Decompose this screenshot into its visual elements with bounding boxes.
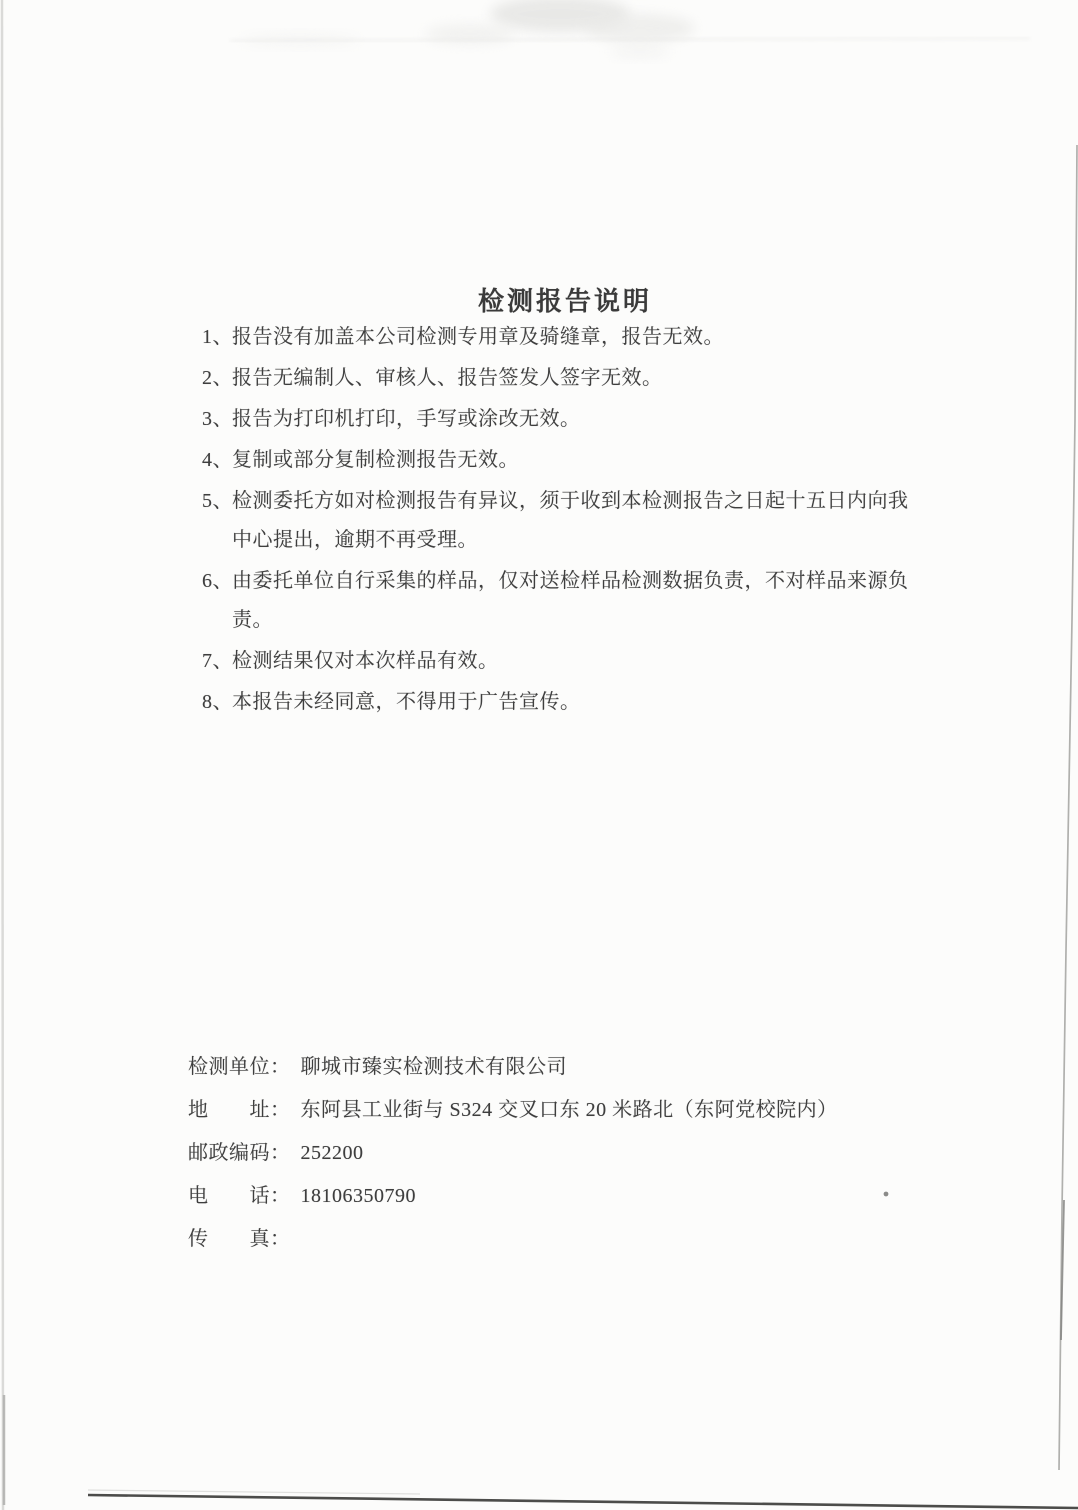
contact-label: 传 真： — [188, 1218, 291, 1261]
scan-smudge — [240, 0, 695, 58]
page-bottom-edge-line — [88, 1495, 1078, 1508]
contact-value: 252200 — [301, 1132, 364, 1175]
contact-block: 检测单位： 聊城市臻实检测技术有限公司 地 址： 东阿县工业街与 S324 交叉… — [188, 1046, 838, 1261]
note-number: 2、 — [202, 359, 232, 398]
note-item-3: 3、 报告为打印机打印，手写或涂改无效。 — [202, 400, 928, 439]
note-text: 由委托单位自行采集的样品，仅对送检样品检测数据负责，不对样品来源负责。 — [232, 562, 920, 640]
scan-streak — [230, 38, 1030, 41]
note-item-4: 4、 复制或部分复制检测报告无效。 — [202, 441, 928, 480]
contact-row-unit: 检测单位： 聊城市臻实检测技术有限公司 — [188, 1046, 838, 1089]
note-number: 6、 — [202, 562, 232, 601]
page-right-edge-line — [1059, 145, 1077, 1470]
page-left-edge-line — [2, 0, 3, 1510]
contact-row-phone: 电 话： 18106350790 — [188, 1175, 838, 1218]
contact-label: 邮政编码： — [188, 1132, 291, 1175]
note-text: 本报告未经同意，不得用于广告宣传。 — [232, 683, 920, 722]
contact-value: 聊城市臻实检测技术有限公司 — [301, 1046, 568, 1089]
scanned-report-page: 检测报告说明 1、 报告没有加盖本公司检测专用章及骑缝章，报告无效。 2、 报告… — [0, 0, 1078, 1510]
note-item-6: 6、 由委托单位自行采集的样品，仅对送检样品检测数据负责，不对样品来源负责。 — [202, 562, 928, 640]
contact-value: 东阿县工业街与 S324 交叉口东 20 米路北（东阿党校院内） — [301, 1089, 838, 1132]
notes-list: 1、 报告没有加盖本公司检测专用章及骑缝章，报告无效。 2、 报告无编制人、审核… — [202, 318, 928, 724]
note-item-2: 2、 报告无编制人、审核人、报告签发人签字无效。 — [202, 359, 928, 398]
scan-artifacts — [0, 0, 1078, 1510]
contact-row-fax: 传 真： — [188, 1218, 838, 1261]
contact-row-address: 地 址： 东阿县工业街与 S324 交叉口东 20 米路北（东阿党校院内） — [188, 1089, 838, 1132]
note-number: 3、 — [202, 400, 232, 439]
contact-label: 电 话： — [188, 1175, 291, 1218]
note-text: 检测委托方如对检测报告有异议，须于收到本检测报告之日起十五日内向我中心提出，逾期… — [232, 482, 920, 560]
page-title: 检测报告说明 — [0, 281, 1078, 318]
note-text: 报告为打印机打印，手写或涂改无效。 — [232, 400, 920, 439]
contact-value: 18106350790 — [301, 1175, 417, 1218]
page-bottom-edge-echo — [88, 1490, 420, 1494]
ink-speck — [884, 1192, 889, 1197]
note-item-8: 8、 本报告未经同意，不得用于广告宣传。 — [202, 683, 928, 722]
note-number: 7、 — [202, 642, 232, 681]
note-item-5: 5、 检测委托方如对检测报告有异议，须于收到本检测报告之日起十五日内向我中心提出… — [202, 482, 928, 560]
note-text: 报告没有加盖本公司检测专用章及骑缝章，报告无效。 — [232, 318, 920, 357]
contact-label: 地 址： — [188, 1089, 291, 1132]
note-number: 5、 — [202, 482, 232, 521]
note-text: 检测结果仅对本次样品有效。 — [232, 642, 920, 681]
note-item-1: 1、 报告没有加盖本公司检测专用章及骑缝章，报告无效。 — [202, 318, 928, 357]
note-item-7: 7、 检测结果仅对本次样品有效。 — [202, 642, 928, 681]
contact-label: 检测单位： — [188, 1046, 291, 1089]
contact-row-postcode: 邮政编码： 252200 — [188, 1132, 838, 1175]
note-number: 4、 — [202, 441, 232, 480]
page-right-edge-line-dark — [1061, 1200, 1064, 1340]
note-number: 8、 — [202, 683, 232, 722]
note-text: 报告无编制人、审核人、报告签发人签字无效。 — [232, 359, 920, 398]
note-text: 复制或部分复制检测报告无效。 — [232, 441, 920, 480]
note-number: 1、 — [202, 318, 232, 357]
